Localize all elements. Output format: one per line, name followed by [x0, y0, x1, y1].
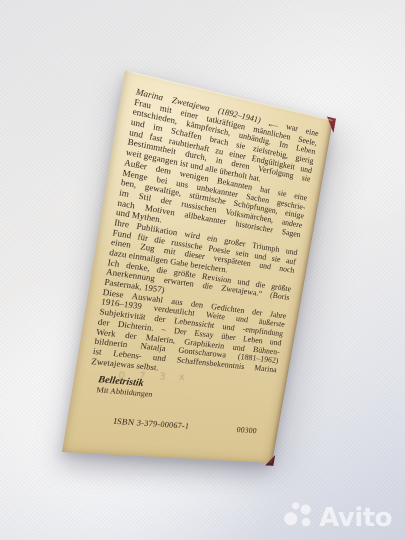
- isbn-row: ISBN 3-379-00067-1 00300: [81, 415, 266, 436]
- blurb-lines: Frau mit einer tatkräftigen männlichen S…: [91, 97, 318, 384]
- back-cover-text-area: Marina Zwetajewa (1892–1941) „... war ei…: [62, 70, 333, 463]
- avito-watermark: Avito: [284, 500, 392, 531]
- avito-watermark-label: Avito: [319, 505, 392, 531]
- book-back-cover: Marina Zwetajewa (1892–1941) „... war ei…: [62, 70, 333, 463]
- avito-logo-icon: [284, 500, 314, 530]
- order-code: 00300: [236, 426, 257, 436]
- photo-stage: Marina Zwetajewa (1892–1941) „... war ei…: [0, 0, 405, 540]
- imprint-block: Belletristik Mit Abbildungen: [96, 374, 155, 400]
- isbn-number: ISBN 3-379-00067-1: [113, 417, 190, 431]
